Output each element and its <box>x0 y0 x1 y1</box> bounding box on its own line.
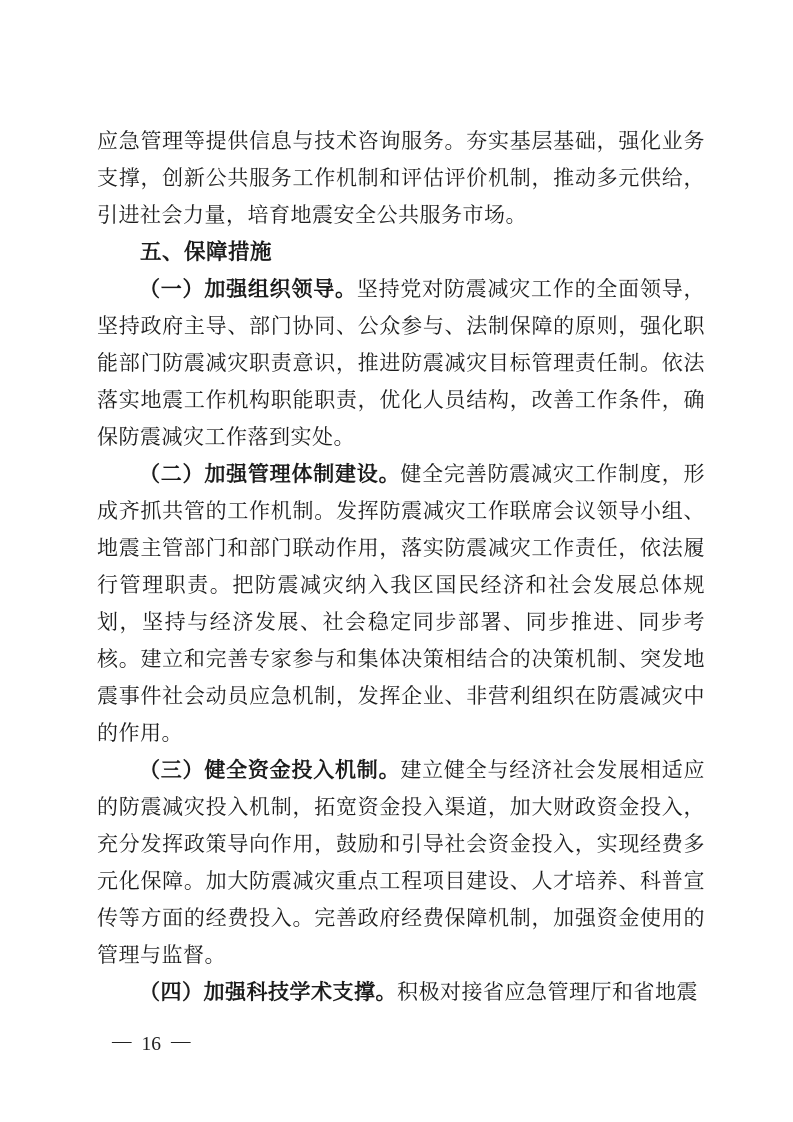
paragraph-lead: （一）加强组织领导。 <box>139 277 357 301</box>
paragraph: （二）加强管理体制建设。健全完善防震减灾工作制度，形成齐抓共管的工作机制。发挥防… <box>97 456 705 752</box>
paragraph-text: 坚持党对防震减灾工作的全面领导，坚持政府主导、部门协同、公众参与、法制保障的原则… <box>97 277 705 449</box>
document-page: 应急管理等提供信息与技术咨询服务。夯实基层基础，强化业务支撑，创新公共服务工作机… <box>0 0 793 1122</box>
paragraph: （四）加强科技学术支撑。积极对接省应急管理厅和省地震 <box>97 974 705 1011</box>
paragraph: （一）加强组织领导。坚持党对防震减灾工作的全面领导，坚持政府主导、部门协同、公众… <box>97 271 705 456</box>
paragraph-text: 健全完善防震减灾工作制度，形成齐抓共管的工作机制。发挥防震减灾工作联席会议领导小… <box>97 462 705 745</box>
paragraph: （三）健全资金投入机制。建立健全与经济社会发展相适应的防震减灾投入机制，拓宽资金… <box>97 752 705 974</box>
paragraph-lead: （四）加强科技学术支撑。 <box>139 980 397 1004</box>
paragraph-continued: 应急管理等提供信息与技术咨询服务。夯实基层基础，强化业务支撑，创新公共服务工作机… <box>97 123 705 234</box>
footer-dash-left: — <box>112 1031 132 1053</box>
paragraph-text: 建立健全与经济社会发展相适应的防震减灾投入机制，拓宽资金投入渠道，加大财政资金投… <box>97 758 705 967</box>
paragraph-lead: （三）健全资金投入机制。 <box>139 758 400 782</box>
page-number: 16 <box>142 1034 162 1055</box>
page-footer: —16— <box>102 1034 201 1056</box>
document-body: 应急管理等提供信息与技术咨询服务。夯实基层基础，强化业务支撑，创新公共服务工作机… <box>97 123 705 1011</box>
footer-dash-right: — <box>171 1031 191 1053</box>
paragraph-text: 积极对接省应急管理厅和省地震 <box>397 980 698 1004</box>
section-heading: 五、保障措施 <box>97 234 705 271</box>
paragraph-lead: （二）加强管理体制建设。 <box>139 462 400 486</box>
